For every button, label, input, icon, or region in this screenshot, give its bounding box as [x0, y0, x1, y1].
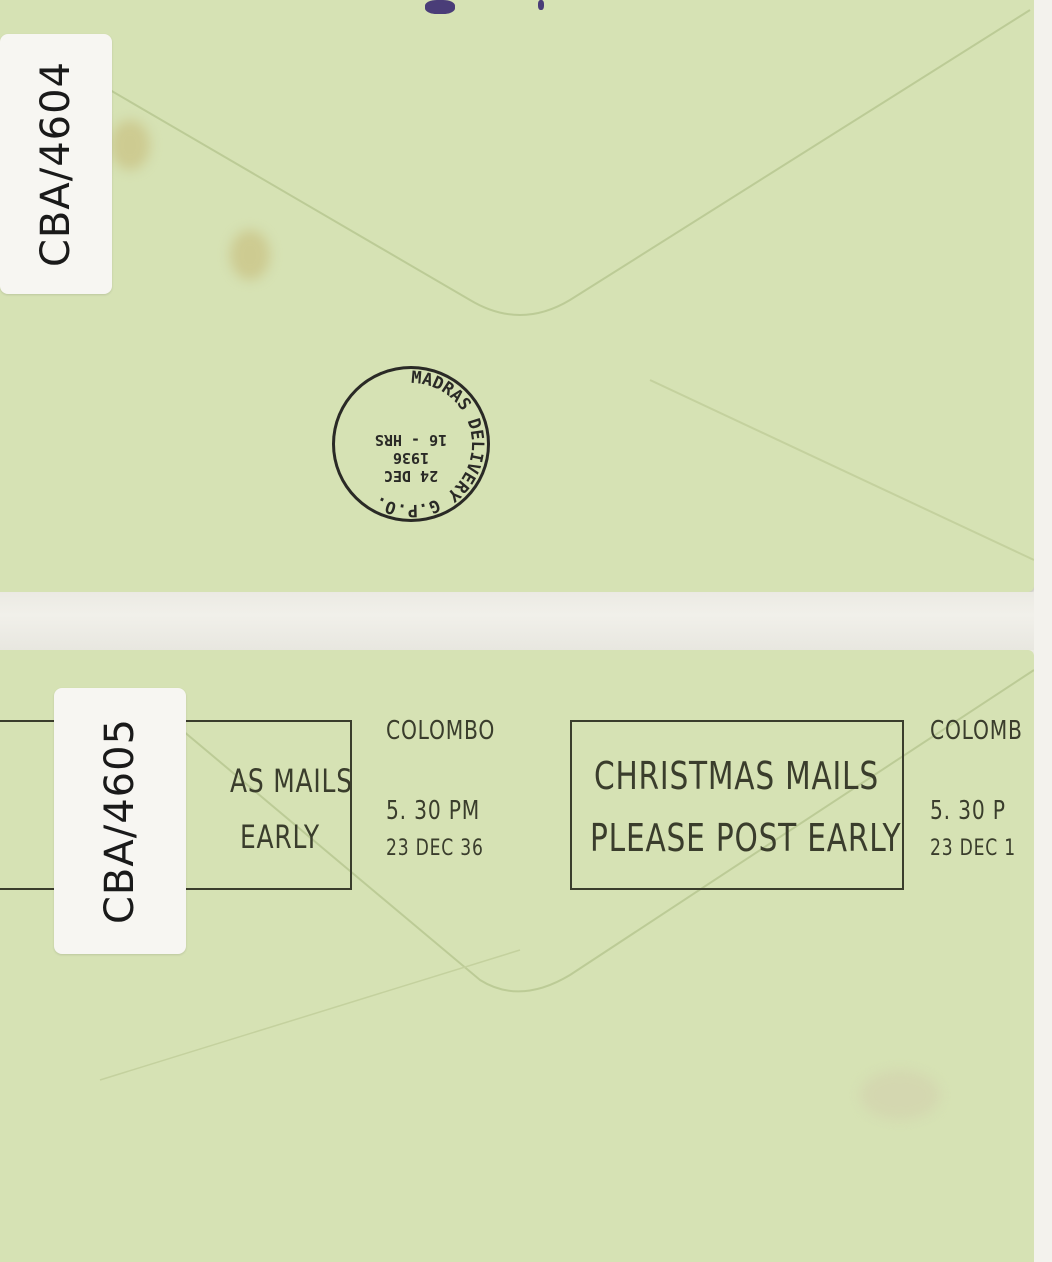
datestamp-date-right: 23 DEC 1	[930, 836, 1016, 861]
postmark-ring-text: MADRAS DELIVERY G.P.O.	[335, 369, 487, 519]
slogan-line2-left: EARLY	[240, 818, 320, 856]
ink-mark	[538, 0, 544, 10]
datestamp-date-left: 23 DEC 36	[386, 836, 484, 861]
bottom-envelope: AS MAILS EARLY COLOMBO 5. 30 PM 23 DEC 3…	[0, 650, 1034, 1262]
datestamp-city-right: COLOMB	[930, 716, 1023, 746]
album-page-edge	[1034, 0, 1052, 1262]
catalog-label: CBA/4605	[54, 688, 186, 954]
slogan-line1-left: AS MAILS	[230, 762, 353, 800]
envelope-flap-lines	[0, 0, 1034, 592]
madras-postmark: 24 DEC 1936 16 - HRS MADRAS DELIVERY G.P…	[332, 366, 490, 522]
svg-text:MADRAS DELIVERY G.P.O.: MADRAS DELIVERY G.P.O.	[371, 369, 487, 519]
datestamp-time-right: 5. 30 P	[930, 796, 1006, 826]
slogan-box-right	[570, 720, 904, 890]
slogan-line2-right: PLEASE POST EARLY	[590, 816, 901, 860]
datestamp-city-left: COLOMBO	[386, 716, 495, 746]
album-sleeve-strip	[0, 592, 1052, 650]
ink-mark	[425, 0, 455, 14]
catalog-label: CBA/4604	[0, 34, 112, 294]
top-envelope: CBA/4604 24 DEC 1936 16 - HRS MADRAS DEL…	[0, 0, 1034, 592]
stain	[230, 230, 270, 280]
catalog-number: CBA/4604	[33, 61, 79, 267]
stain	[860, 1070, 940, 1120]
slogan-line1-right: CHRISTMAS MAILS	[594, 754, 879, 798]
catalog-number: CBA/4605	[97, 718, 143, 924]
datestamp-time-left: 5. 30 PM	[386, 796, 480, 826]
stain	[110, 120, 150, 170]
